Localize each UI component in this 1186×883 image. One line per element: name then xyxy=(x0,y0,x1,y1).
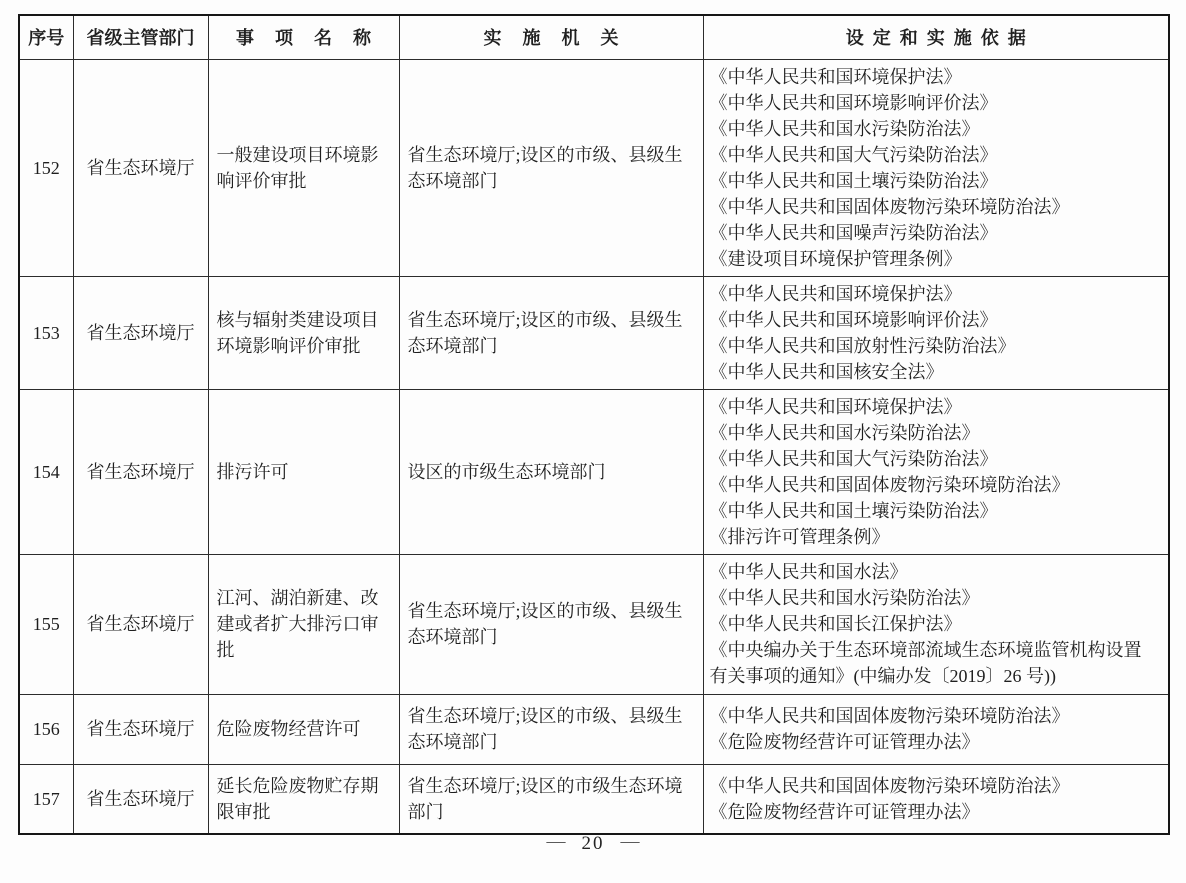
cell-agency: 省生态环境厅;设区的市级、县级生态环境部门 xyxy=(399,554,703,694)
basis-line: 《中华人民共和国环境保护法》 xyxy=(710,64,1153,90)
cell-no: 154 xyxy=(19,389,73,554)
cell-agency: 省生态环境厅;设区的市级生态环境部门 xyxy=(399,764,703,834)
header-agency: 实施机关 xyxy=(399,15,703,59)
table-row-156: 156 省生态环境厅 危险废物经营许可 省生态环境厅;设区的市级、县级生态环境部… xyxy=(19,694,1169,764)
cell-basis: 《中华人民共和国水法》 《中华人民共和国水污染防治法》 《中华人民共和国长江保护… xyxy=(703,554,1169,694)
basis-line: 《中华人民共和国固体废物污染环境防治法》 xyxy=(710,194,1153,220)
cell-agency: 省生态环境厅;设区的市级、县级生态环境部门 xyxy=(399,276,703,389)
table-header-row: 序号 省级主管部门 事项名称 实施机关 设定和实施依据 xyxy=(19,15,1169,59)
basis-line: 《中华人民共和国大气污染防治法》 xyxy=(710,446,1153,472)
cell-no: 152 xyxy=(19,59,73,276)
table-row-155: 155 省生态环境厅 江河、湖泊新建、改建或者扩大排污口审批 省生态环境厅;设区… xyxy=(19,554,1169,694)
basis-line: 《中华人民共和国土壤污染防治法》 xyxy=(710,168,1153,194)
basis-line: 《中华人民共和国土壤污染防治法》 xyxy=(710,498,1153,524)
cell-item: 核与辐射类建设项目环境影响评价审批 xyxy=(208,276,399,389)
basis-line: 《中华人民共和国水污染防治法》 xyxy=(710,116,1153,142)
footer-dash-right: — xyxy=(621,831,640,852)
table-row-157: 157 省生态环境厅 延长危险废物贮存期限审批 省生态环境厅;设区的市级生态环境… xyxy=(19,764,1169,834)
cell-item: 延长危险废物贮存期限审批 xyxy=(208,764,399,834)
basis-line: 《中央编办关于生态环境部流域生态环境监管机构设置有关事项的通知》(中编办发〔20… xyxy=(710,637,1153,689)
basis-line: 《中华人民共和国环境影响评价法》 xyxy=(710,307,1153,333)
table-row-153: 153 省生态环境厅 核与辐射类建设项目环境影响评价审批 省生态环境厅;设区的市… xyxy=(19,276,1169,389)
basis-line: 《中华人民共和国环境保护法》 xyxy=(710,281,1153,307)
cell-basis: 《中华人民共和国环境保护法》 《中华人民共和国环境影响评价法》 《中华人民共和国… xyxy=(703,276,1169,389)
cell-item: 危险废物经营许可 xyxy=(208,694,399,764)
header-no-label: 序号 xyxy=(28,28,64,48)
approval-items-table: 序号 省级主管部门 事项名称 实施机关 设定和实施依据 152 省生态环境厅 一… xyxy=(18,14,1170,835)
basis-line: 《中华人民共和国固体废物污染环境防治法》 xyxy=(710,472,1153,498)
page-number: 20 xyxy=(582,833,605,854)
basis-line: 《建设项目环境保护管理条例》 xyxy=(710,246,1153,272)
header-dept-label: 省级主管部门 xyxy=(87,28,195,48)
cell-agency: 省生态环境厅;设区的市级、县级生态环境部门 xyxy=(399,694,703,764)
page-footer: —20— xyxy=(0,833,1186,855)
document-page: 序号 省级主管部门 事项名称 实施机关 设定和实施依据 152 省生态环境厅 一… xyxy=(0,0,1186,883)
cell-item: 江河、湖泊新建、改建或者扩大排污口审批 xyxy=(208,554,399,694)
header-basis: 设定和实施依据 xyxy=(703,15,1169,59)
basis-line: 《中华人民共和国水法》 xyxy=(710,559,1153,585)
cell-dept: 省生态环境厅 xyxy=(73,389,208,554)
header-no: 序号 xyxy=(19,15,73,59)
table-row-154: 154 省生态环境厅 排污许可 设区的市级生态环境部门 《中华人民共和国环境保护… xyxy=(19,389,1169,554)
basis-line: 《中华人民共和国放射性污染防治法》 xyxy=(710,333,1153,359)
cell-dept: 省生态环境厅 xyxy=(73,276,208,389)
cell-item: 排污许可 xyxy=(208,389,399,554)
basis-line: 《中华人民共和国固体废物污染环境防治法》 xyxy=(710,773,1153,799)
cell-no: 155 xyxy=(19,554,73,694)
basis-line: 《中华人民共和国长江保护法》 xyxy=(710,611,1153,637)
basis-line: 《中华人民共和国水污染防治法》 xyxy=(710,585,1153,611)
header-agency-label: 实施机关 xyxy=(463,28,640,48)
basis-line: 《危险废物经营许可证管理办法》 xyxy=(710,799,1153,825)
basis-line: 《中华人民共和国噪声污染防治法》 xyxy=(710,220,1153,246)
cell-no: 156 xyxy=(19,694,73,764)
cell-dept: 省生态环境厅 xyxy=(73,59,208,276)
cell-agency: 设区的市级生态环境部门 xyxy=(399,389,703,554)
basis-line: 《中华人民共和国水污染防治法》 xyxy=(710,420,1153,446)
cell-basis: 《中华人民共和国环境保护法》 《中华人民共和国水污染防治法》 《中华人民共和国大… xyxy=(703,389,1169,554)
cell-dept: 省生态环境厅 xyxy=(73,554,208,694)
basis-line: 《中华人民共和国环境影响评价法》 xyxy=(710,90,1153,116)
cell-no: 157 xyxy=(19,764,73,834)
table-row-152: 152 省生态环境厅 一般建设项目环境影响评价审批 省生态环境厅;设区的市级、县… xyxy=(19,59,1169,276)
basis-line: 《中华人民共和国环境保护法》 xyxy=(710,394,1153,420)
cell-dept: 省生态环境厅 xyxy=(73,764,208,834)
header-basis-label: 设定和实施依据 xyxy=(837,28,1035,48)
cell-basis: 《中华人民共和国固体废物污染环境防治法》 《危险废物经营许可证管理办法》 xyxy=(703,694,1169,764)
cell-dept: 省生态环境厅 xyxy=(73,694,208,764)
cell-basis: 《中华人民共和国固体废物污染环境防治法》 《危险废物经营许可证管理办法》 xyxy=(703,764,1169,834)
basis-line: 《排污许可管理条例》 xyxy=(710,524,1153,550)
header-item-label: 事项名称 xyxy=(215,28,392,48)
footer-dash-left: — xyxy=(547,831,566,852)
cell-basis: 《中华人民共和国环境保护法》 《中华人民共和国环境影响评价法》 《中华人民共和国… xyxy=(703,59,1169,276)
basis-line: 《中华人民共和国大气污染防治法》 xyxy=(710,142,1153,168)
cell-item: 一般建设项目环境影响评价审批 xyxy=(208,59,399,276)
basis-line: 《中华人民共和国固体废物污染环境防治法》 xyxy=(710,703,1153,729)
header-dept: 省级主管部门 xyxy=(73,15,208,59)
cell-agency: 省生态环境厅;设区的市级、县级生态环境部门 xyxy=(399,59,703,276)
basis-line: 《危险废物经营许可证管理办法》 xyxy=(710,729,1153,755)
header-item: 事项名称 xyxy=(208,15,399,59)
cell-no: 153 xyxy=(19,276,73,389)
basis-line: 《中华人民共和国核安全法》 xyxy=(710,359,1153,385)
